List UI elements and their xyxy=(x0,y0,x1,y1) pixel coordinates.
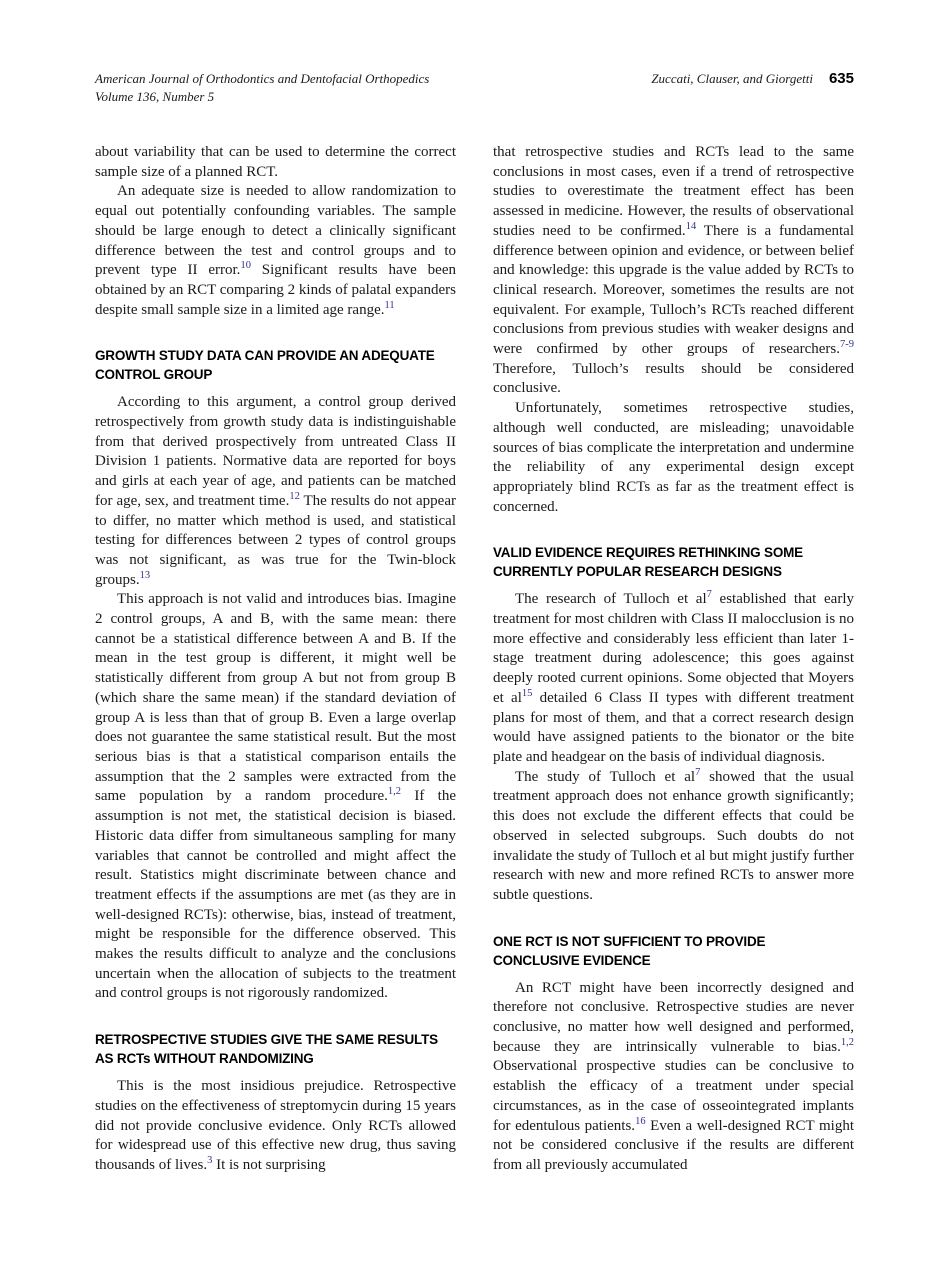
page-header: American Journal of Orthodontics and Den… xyxy=(95,70,854,105)
citation-ref[interactable]: 10 xyxy=(240,260,251,271)
paragraph: This approach is not valid and introduce… xyxy=(95,590,456,1004)
paragraph: The research of Tulloch et al7 establish… xyxy=(493,590,854,767)
paragraph: An adequate size is needed to allow rand… xyxy=(95,182,456,320)
journal-info: American Journal of Orthodontics and Den… xyxy=(95,70,429,105)
column-left: about variability that can be used to de… xyxy=(95,143,456,1176)
citation-ref[interactable]: 7 xyxy=(695,767,700,778)
citation-ref[interactable]: 11 xyxy=(385,300,395,311)
journal-page: American Journal of Orthodontics and Den… xyxy=(0,0,950,1272)
paragraph: According to this argument, a control gr… xyxy=(95,393,456,590)
section-heading: RETROSPECTIVE STUDIES GIVE THE SAME RESU… xyxy=(95,1030,456,1068)
citation-ref[interactable]: 7-9 xyxy=(840,339,854,350)
paragraph: about variability that can be used to de… xyxy=(95,143,456,182)
citation-ref[interactable]: 12 xyxy=(289,491,300,502)
article-body: about variability that can be used to de… xyxy=(95,143,854,1176)
column-right: that retrospective studies and RCTs lead… xyxy=(493,143,854,1176)
section-heading: VALID EVIDENCE REQUIRES RETHINKING SOME … xyxy=(493,543,854,581)
citation-ref[interactable]: 7 xyxy=(707,589,712,600)
paragraph: This is the most insidious prejudice. Re… xyxy=(95,1077,456,1176)
running-authors: Zuccati, Clauser, and Giorgetti xyxy=(651,71,813,87)
section-heading: GROWTH STUDY DATA CAN PROVIDE AN ADEQUAT… xyxy=(95,346,456,384)
journal-title: American Journal of Orthodontics and Den… xyxy=(95,70,429,88)
citation-ref[interactable]: 3 xyxy=(207,1155,212,1166)
paragraph: The study of Tulloch et al7 showed that … xyxy=(493,768,854,906)
citation-ref[interactable]: 13 xyxy=(140,570,151,581)
page-number: 635 xyxy=(829,70,854,87)
citation-ref[interactable]: 1,2 xyxy=(388,786,401,797)
paragraph: that retrospective studies and RCTs lead… xyxy=(493,143,854,399)
running-head: Zuccati, Clauser, and Giorgetti 635 xyxy=(651,70,854,87)
citation-ref[interactable]: 15 xyxy=(522,688,533,699)
paragraph: An RCT might have been incorrectly desig… xyxy=(493,979,854,1176)
citation-ref[interactable]: 14 xyxy=(686,221,697,232)
citation-ref[interactable]: 1,2 xyxy=(841,1037,854,1048)
section-heading: ONE RCT IS NOT SUFFICIENT TO PROVIDE CON… xyxy=(493,932,854,970)
paragraph: Unfortunately, sometimes retrospective s… xyxy=(493,399,854,517)
citation-ref[interactable]: 16 xyxy=(635,1116,646,1127)
journal-volume-issue: Volume 136, Number 5 xyxy=(95,88,429,106)
